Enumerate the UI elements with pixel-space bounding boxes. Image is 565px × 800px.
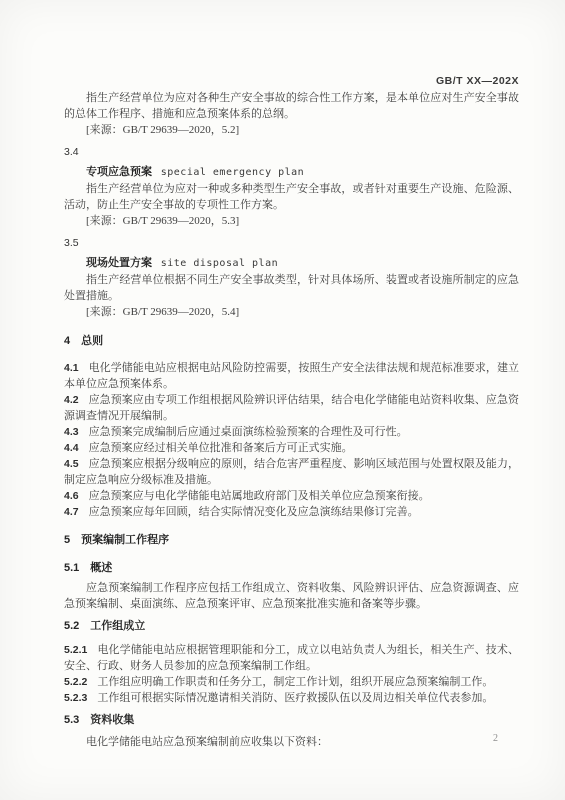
section-heading-5: 5预案编制工作程序 <box>64 532 519 548</box>
term-english: site disposal plan <box>161 258 278 269</box>
subsection-number: 5.3 <box>64 714 79 726</box>
term-entry-3-5: 现场处置方案 site disposal plan <box>86 255 519 272</box>
clause-number: 5.2.1 <box>64 644 87 656</box>
document-page: GB/T XX—202X 指生产经营单位为应对各种生产安全事故的综合性工作方案，… <box>0 0 565 800</box>
clause-4-6: 4.6应急预案应与电化学储能电站属地政府部门及相关单位应急预案衔接。 <box>64 488 519 504</box>
subsection-number: 5.2 <box>64 620 79 632</box>
source-note: [来源：GB/T 29639—2020，5.2] <box>86 122 519 138</box>
clause-number: 4.2 <box>64 394 79 406</box>
standard-number: GB/T XX—202X <box>436 75 519 87</box>
clause-text: 应急预案应由专项工作组根据风险辨识评估结果，结合电化学储能电站资料收集、应急资源… <box>64 394 519 422</box>
clause-number: 4.4 <box>64 442 79 454</box>
clause-text: 应急预案应经过相关单位批准和备案后方可正式实施。 <box>89 442 353 454</box>
page-number: 2 <box>493 733 498 744</box>
subsection-title: 概述 <box>90 562 112 574</box>
clause-text: 应急预案应每年回顾，结合实际情况变化及应急演练结果修订完善。 <box>89 506 419 518</box>
subsection-heading-5-2: 5.2工作组成立 <box>64 618 519 634</box>
clause-5-2-1: 5.2.1电化学储能电站应根据管理职能和分工，成立以电站负责人为组长，相关生产、… <box>64 642 519 674</box>
section-title: 总则 <box>81 335 103 347</box>
clause-4-2: 4.2应急预案应由专项工作组根据风险辨识评估结果，结合电化学储能电站资料收集、应… <box>64 392 519 424</box>
clause-4-5: 4.5应急预案应根据分级响应的原则，结合危害严重程度、影响区域范围与处置权限及能… <box>64 456 519 488</box>
clause-5-2-2: 5.2.2工作组应明确工作职责和任务分工，制定工作计划，组织开展应急预案编制工作… <box>64 674 519 690</box>
clause-text: 工作组可根据实际情况邀请相关消防、医疗救援队伍以及周边相关单位代表参加。 <box>97 692 493 704</box>
section-number: 5 <box>64 534 70 546</box>
subsection-heading-5-3: 5.3资料收集 <box>64 712 519 728</box>
clause-text: 工作组应明确工作职责和任务分工，制定工作计划，组织开展应急预案编制工作。 <box>97 676 493 688</box>
section-number: 4 <box>64 335 70 347</box>
term-definition: 指生产经营单位根据不同生产安全事故类型，针对具体场所、装置或者设施所制定的应急处… <box>64 272 519 304</box>
subsection-number: 5.1 <box>64 562 79 574</box>
clause-5-2-3: 5.2.3工作组可根据实际情况邀请相关消防、医疗救援队伍以及周边相关单位代表参加… <box>64 690 519 706</box>
clause-number: 4.1 <box>64 362 79 374</box>
paragraph-5-1: 应急预案编制工作程序应包括工作组成立、资料收集、风险辨识评估、应急资源调查、应急… <box>64 580 519 612</box>
clause-number: 5.2.2 <box>64 676 87 688</box>
term-entry-3-4: 专项应急预案 special emergency plan <box>86 164 519 181</box>
clause-number: 4.7 <box>64 506 79 518</box>
source-note: [来源：GB/T 29639—2020，5.4] <box>86 304 519 320</box>
clause-4-7: 4.7应急预案应每年回顾，结合实际情况变化及应急演练结果修订完善。 <box>64 504 519 520</box>
clause-text: 应急预案应与电化学储能电站属地政府部门及相关单位应急预案衔接。 <box>89 490 430 502</box>
term-definition: 指生产经营单位为应对一种或多种类型生产安全事故，或者针对重要生产设施、危险源、活… <box>64 181 519 213</box>
clause-text: 应急预案完成编制后应通过桌面演练检验预案的合理性及可行性。 <box>89 426 408 438</box>
page-header: GB/T XX—202X <box>64 74 519 88</box>
term-chinese: 专项应急预案 <box>86 166 152 178</box>
clause-4-1: 4.1电化学储能电站应根据电站风险防控需要，按照生产安全法律法规和规范标准要求，… <box>64 360 519 392</box>
clause-number: 4.5 <box>64 458 79 470</box>
subsection-title: 工作组成立 <box>90 620 145 632</box>
subsection-heading-5-1: 5.1概述 <box>64 560 519 576</box>
section-heading-4: 4总则 <box>64 333 519 349</box>
section-title: 预案编制工作程序 <box>81 534 169 546</box>
clause-4-4: 4.4应急预案应经过相关单位批准和备案后方可正式实施。 <box>64 440 519 456</box>
definition-paragraph: 指生产经营单位为应对各种生产安全事故的综合性工作方案，是本单位应对生产安全事故的… <box>64 90 519 122</box>
clause-number: 4.6 <box>64 490 79 502</box>
document-content: GB/T XX—202X 指生产经营单位为应对各种生产安全事故的综合性工作方案，… <box>64 74 519 750</box>
term-clause-number-3-5: 3.5 <box>64 235 519 251</box>
clause-text: 电化学储能电站应根据管理职能和分工，成立以电站负责人为组长，相关生产、技术、安全… <box>64 644 519 672</box>
clause-number: 4.3 <box>64 426 79 438</box>
clause-text: 电化学储能电站应根据电站风险防控需要，按照生产安全法律法规和规范标准要求，建立本… <box>64 362 519 390</box>
subsection-title: 资料收集 <box>90 714 134 726</box>
clause-number: 5.2.3 <box>64 692 87 704</box>
paragraph-5-3: 电化学储能电站应急预案编制前应收集以下资料： <box>64 734 519 750</box>
term-chinese: 现场处置方案 <box>86 257 152 269</box>
term-english: special emergency plan <box>161 167 304 178</box>
clause-4-3: 4.3应急预案完成编制后应通过桌面演练检验预案的合理性及可行性。 <box>64 424 519 440</box>
clause-text: 应急预案应根据分级响应的原则，结合危害严重程度、影响区域范围与处置权限及能力，制… <box>64 458 519 486</box>
source-note: [来源：GB/T 29639—2020，5.3] <box>86 213 519 229</box>
term-clause-number-3-4: 3.4 <box>64 144 519 160</box>
